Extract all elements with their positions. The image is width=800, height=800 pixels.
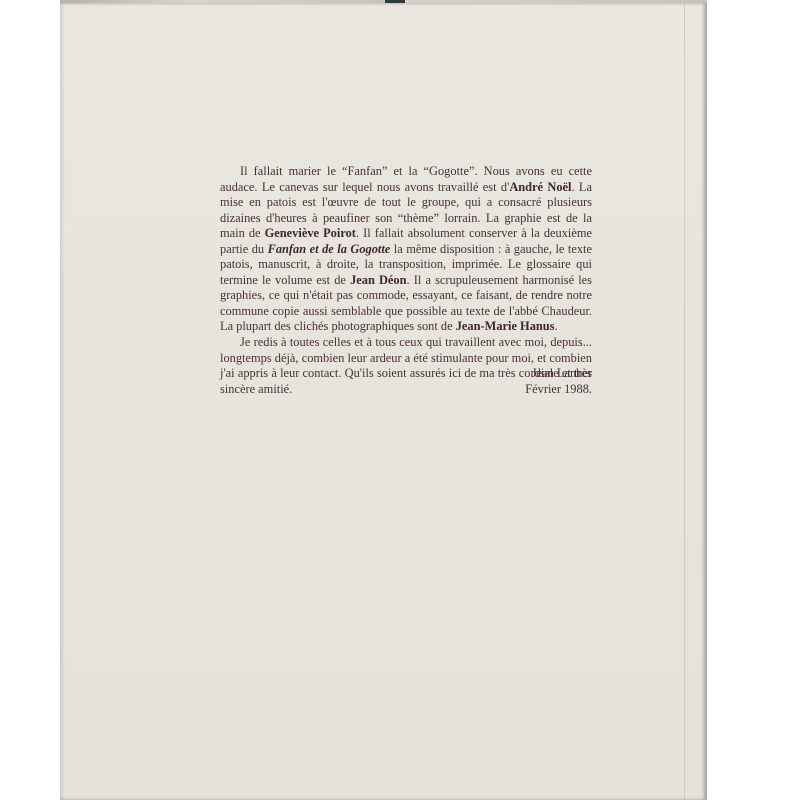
signature-block: Jean Lanher Février 1988. bbox=[220, 366, 592, 397]
emphasized-name: Geneviève Poirot bbox=[265, 226, 356, 240]
emphasized-name: Fanfan et de la Gogotte bbox=[268, 242, 391, 256]
book-page bbox=[60, 3, 707, 800]
emphasized-name: Jean Déon bbox=[350, 273, 406, 287]
emphasized-name: André Noël bbox=[509, 180, 571, 194]
signature-name: Jean Lanher bbox=[220, 366, 592, 382]
text-run: ” et la “ bbox=[382, 164, 429, 178]
text-run: Fanfan bbox=[348, 164, 382, 178]
scanned-page-image: Il fallait marier le “Fanfan” et la “Gog… bbox=[0, 0, 800, 800]
paragraph-1: Il fallait marier le “Fanfan” et la “Gog… bbox=[220, 164, 592, 335]
text-run: Gogotte bbox=[429, 164, 469, 178]
emphasized-name: Jean-Marie Hanus bbox=[456, 319, 555, 333]
acknowledgements-text: Il fallait marier le “Fanfan” et la “Gog… bbox=[220, 164, 592, 397]
signature-date: Février 1988. bbox=[220, 382, 592, 398]
text-run: . bbox=[555, 319, 558, 333]
text-run: Il fallait marier le “ bbox=[240, 164, 348, 178]
